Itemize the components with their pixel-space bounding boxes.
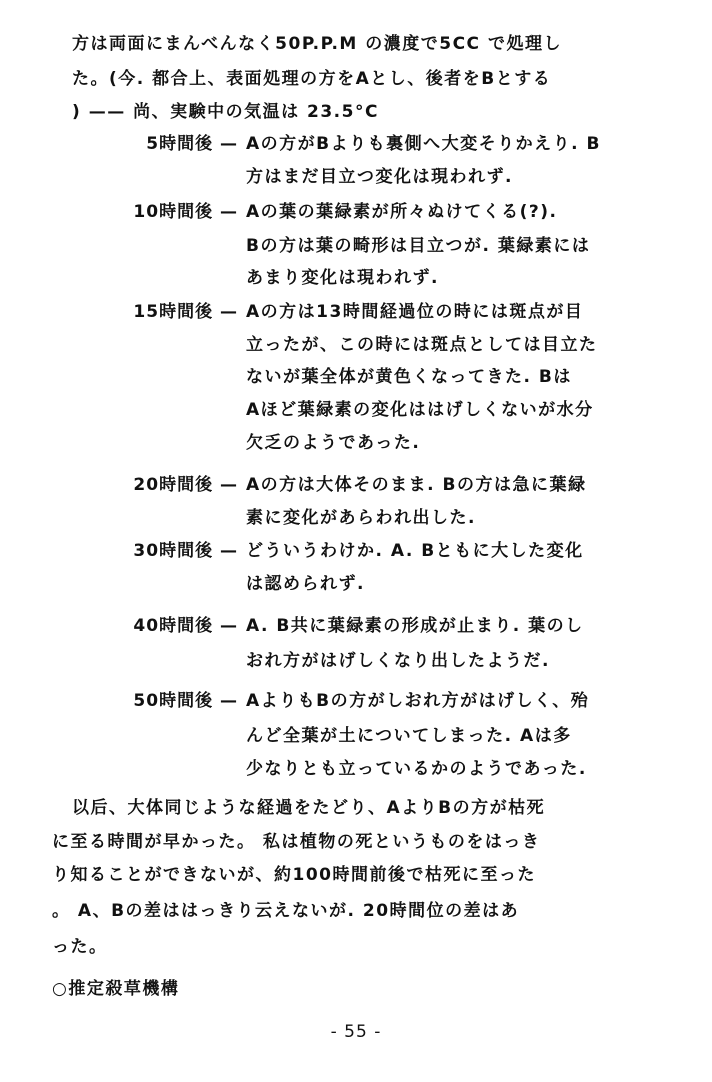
observation-text: おれ方がはげしくなり出したようだ. xyxy=(246,650,550,672)
observation-text: は認められず. xyxy=(246,573,365,595)
conclusion-line: った。 xyxy=(52,936,108,958)
observation-text: A. B共に葉緑素の形成が止まり. 葉のし xyxy=(246,615,584,637)
observation-text: んど全葉が土についてしまった. Aは多 xyxy=(246,725,572,747)
conclusion-line: り知ることができないが、約100時間前後で枯死に至った xyxy=(52,864,536,886)
observation-label: 40時間後 — xyxy=(70,615,238,637)
observation-label: 15時間後 — xyxy=(70,301,238,323)
observation-text: Aの方は13時間経過位の時には斑点が目 xyxy=(246,301,583,323)
observation-text: Aほど葉緑素の変化ははげしくないが水分 xyxy=(246,399,594,421)
observation-text: AよりもBの方がしおれ方がはげしく、殆 xyxy=(246,690,589,712)
observation-text: 少なりとも立っているかのようであった. xyxy=(246,758,587,780)
page-number: - 55 - xyxy=(0,1022,712,1042)
intro-line: 方は両面にまんべんなく50P.P.M の濃度で5CC で処理し xyxy=(72,33,562,55)
observation-text: どういうわけか. A. Bともに大した変化 xyxy=(246,540,584,562)
observation-label: 5時間後 — xyxy=(70,133,238,155)
observation-text: Bの方は葉の畸形は目立つが. 葉緑素には xyxy=(246,235,590,257)
observation-text: あまり変化は現われず. xyxy=(246,267,439,289)
observation-text: 方はまだ目立つ変化は現われず. xyxy=(246,166,513,188)
observation-text: 素に変化があらわれ出した. xyxy=(246,507,476,529)
observation-label: 50時間後 — xyxy=(70,690,238,712)
observation-text: Aの方は大体そのまま. Bの方は急に葉緑 xyxy=(246,474,587,496)
observation-text: 欠乏のようであった. xyxy=(246,432,420,454)
observation-label: 10時間後 — xyxy=(70,201,238,223)
intro-line: た。(今. 都合上、表面処理の方をAとし、後者をBとする xyxy=(72,68,551,90)
intro-line: ) —— 尚、実験中の気温は 23.5°C xyxy=(72,101,379,123)
conclusion-line: に至る時間が早かった。 私は植物の死というものをはっき xyxy=(52,831,540,853)
observation-text: ないが葉全体が黄色くなってきた. Bは xyxy=(246,366,572,388)
observation-label: 20時間後 — xyxy=(70,474,238,496)
section-heading: ○推定殺草機構 xyxy=(52,978,179,1000)
observation-text: Aの葉の葉緑素が所々ぬけてくる(?). xyxy=(246,201,558,223)
observation-text: 立ったが、この時には斑点としては目立た xyxy=(246,334,598,356)
observation-text: Aの方がBよりも裏側へ大変そりかえり. B xyxy=(246,133,601,155)
conclusion-line: 以后、大体同じような経過をたどり、AよりBの方が枯死 xyxy=(72,797,545,819)
observation-label: 30時間後 — xyxy=(70,540,238,562)
conclusion-line: 。 A、Bの差ははっきり云えないが. 20時間位の差はあ xyxy=(52,900,519,922)
document-page: 方は両面にまんべんなく50P.P.M の濃度で5CC で処理し た。(今. 都合… xyxy=(0,0,712,1082)
